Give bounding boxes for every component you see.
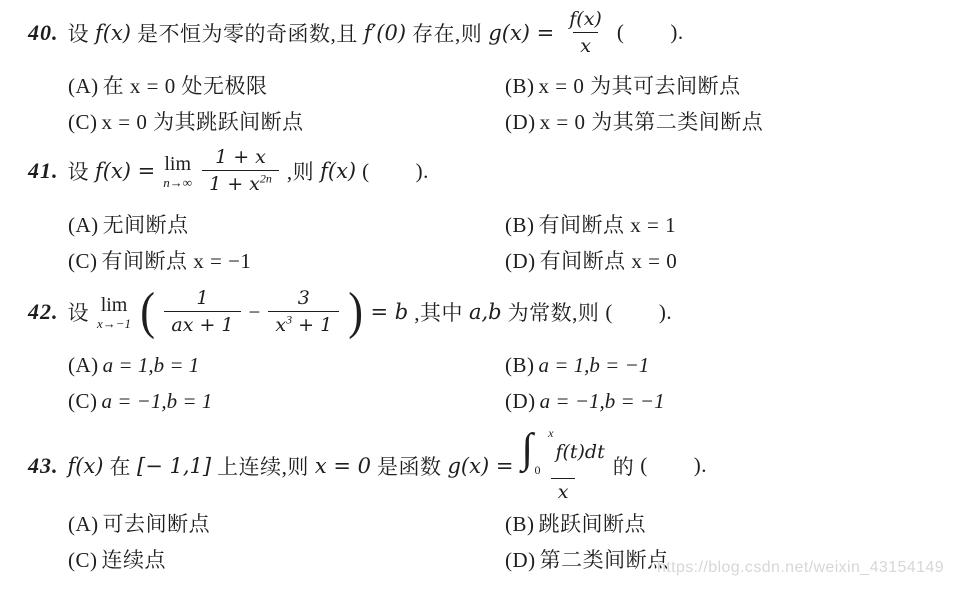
- math-expr: a,b: [469, 300, 502, 324]
- math-expr: g(x) =: [447, 454, 513, 478]
- option-text: 有间断点 x = −1: [102, 249, 252, 273]
- left-paren: (: [140, 283, 155, 341]
- integral-upper-bound: x: [548, 426, 553, 440]
- fraction-numerator: 1: [189, 287, 215, 311]
- fraction: 1 + x 1 + x2n: [202, 146, 279, 197]
- option-label: (D): [505, 110, 536, 134]
- stem-text: 设: [68, 297, 90, 327]
- integrand: f(t)dt: [555, 441, 604, 464]
- option-41-B: (B)有间断点 x = 1: [505, 212, 677, 238]
- stem-text: 存在,则: [412, 18, 482, 48]
- stem-text: 上连续,则: [217, 451, 309, 481]
- question-number: 43.: [28, 453, 59, 479]
- math-expr: = b: [371, 300, 409, 324]
- option-label: (B): [505, 353, 535, 377]
- question-41-stem: 41. 设 f(x) = lim n→∞ 1 + x 1 + x2n ,则 f(…: [28, 146, 429, 197]
- stem-text: 为常数,则: [508, 297, 600, 327]
- option-text: 可去间断点: [103, 512, 211, 536]
- question-number: 41.: [28, 158, 59, 184]
- option-40-D: (D)x = 0 为其第二类间断点: [505, 109, 763, 135]
- option-42-B: (B)a = 1,b = −1: [505, 352, 665, 378]
- option-41-A: (A)无间断点: [68, 212, 505, 238]
- integral-sign: ∫ x 0: [521, 428, 553, 476]
- lim-symbol: lim: [101, 295, 128, 315]
- lim-subscript: n→∞: [163, 176, 192, 189]
- question-43-options: (A)可去间断点 (B)跳跃间断点 (C)连续点 (D)第二类间断点: [68, 511, 669, 573]
- stem-text: 是不恒为零的奇函数,且: [137, 18, 358, 48]
- option-label: (C): [68, 110, 98, 134]
- option-text: 跳跃间断点: [539, 512, 647, 536]
- option-40-B: (B)x = 0 为其可去间断点: [505, 73, 763, 99]
- option-text: 连续点: [102, 548, 167, 572]
- question-40-options: (A)在 x = 0 处无极限 (B)x = 0 为其可去间断点 (C)x = …: [68, 73, 763, 135]
- lim-symbol: lim: [164, 154, 191, 174]
- option-label: (A): [68, 74, 99, 98]
- question-41-options: (A)无间断点 (B)有间断点 x = 1 (C)有间断点 x = −1 (D)…: [68, 212, 677, 274]
- option-text: x = 0 为其跳跃间断点: [102, 110, 304, 134]
- fraction-numerator: 3: [291, 287, 317, 311]
- option-label: (A): [68, 213, 99, 237]
- math-expr: x = 0: [315, 454, 371, 478]
- limit-operator: lim x→−1: [97, 295, 131, 330]
- option-label: (C): [68, 548, 98, 572]
- option-text: a = 1,b = 1: [103, 353, 200, 377]
- option-text: a = −1,b = −1: [540, 389, 665, 413]
- exam-page: 40. 设 f(x) 是不恒为零的奇函数,且 f′(0) 存在,则 g(x) =…: [0, 0, 954, 593]
- stem-text: 的: [613, 451, 635, 481]
- option-40-C: (C)x = 0 为其跳跃间断点: [68, 109, 505, 135]
- stem-text: 在: [110, 451, 132, 481]
- fraction-denominator: x: [573, 32, 598, 58]
- option-label: (B): [505, 74, 535, 98]
- math-expr: f′(0): [364, 21, 406, 45]
- fraction: f(x) x: [562, 8, 609, 58]
- option-41-D: (D)有间断点 x = 0: [505, 248, 677, 274]
- option-text: 有间断点 x = 1: [539, 213, 677, 237]
- fraction-numerator: ∫ x 0 f(t)dt: [521, 428, 604, 478]
- option-42-C: (C)a = −1,b = 1: [68, 388, 505, 414]
- option-label: (C): [68, 389, 98, 413]
- question-42-options: (A)a = 1,b = 1 (B)a = 1,b = −1 (C)a = −1…: [68, 352, 665, 414]
- exponent: 2n: [260, 171, 272, 185]
- minus-sign: −: [249, 300, 261, 325]
- option-text: a = −1,b = 1: [102, 389, 213, 413]
- fraction-denominator: 1 + x2n: [202, 170, 279, 197]
- option-43-A: (A)可去间断点: [68, 511, 505, 537]
- fraction-denominator: x: [551, 478, 576, 504]
- fraction: 3 x3 + 1: [268, 287, 339, 338]
- option-label: (D): [505, 389, 536, 413]
- question-42-stem: 42. 设 lim x→−1 ( 1 ax + 1 − 3 x3 + 1 ) =…: [28, 283, 672, 341]
- stem-text: 设: [68, 18, 90, 48]
- option-label: (D): [505, 249, 536, 273]
- fraction: ∫ x 0 f(t)dt x: [521, 428, 604, 504]
- option-text: 第二类间断点: [540, 548, 669, 572]
- answer-blank: ( ).: [605, 300, 672, 325]
- integral-lower-bound: 0: [534, 463, 540, 477]
- stem-text: 是函数: [377, 451, 442, 481]
- fraction-numerator: f(x): [562, 8, 609, 32]
- option-42-A: (A)a = 1,b = 1: [68, 352, 505, 378]
- option-label: (A): [68, 353, 99, 377]
- option-43-C: (C)连续点: [68, 547, 505, 573]
- fraction-numerator: 1 + x: [208, 146, 273, 170]
- math-expr: f(x): [68, 454, 104, 478]
- option-41-C: (C)有间断点 x = −1: [68, 248, 505, 274]
- question-number: 42.: [28, 299, 59, 325]
- option-text: 有间断点 x = 0: [540, 249, 678, 273]
- option-43-D: (D)第二类间断点: [505, 547, 669, 573]
- limit-operator: lim n→∞: [163, 154, 192, 189]
- option-text: 无间断点: [103, 213, 189, 237]
- option-43-B: (B)跳跃间断点: [505, 511, 669, 537]
- fraction-denominator: ax + 1: [164, 311, 240, 337]
- option-text: x = 0 为其可去间断点: [539, 74, 741, 98]
- math-expr: g(x) =: [488, 21, 554, 45]
- question-number: 40.: [28, 20, 59, 46]
- answer-blank: ( ).: [362, 159, 429, 184]
- fraction: 1 ax + 1: [164, 287, 240, 337]
- math-expr: f(x): [320, 159, 356, 183]
- question-40-stem: 40. 设 f(x) 是不恒为零的奇函数,且 f′(0) 存在,则 g(x) =…: [28, 8, 684, 58]
- answer-blank: ( ).: [640, 453, 707, 478]
- option-label: (B): [505, 213, 535, 237]
- math-expr: f(x): [95, 21, 131, 45]
- option-40-A: (A)在 x = 0 处无极限: [68, 73, 505, 99]
- stem-text: 设: [68, 156, 90, 186]
- math-expr: [− 1,1]: [137, 454, 211, 478]
- question-43-stem: 43. f(x) 在 [− 1,1] 上连续,则 x = 0 是函数 g(x) …: [28, 428, 707, 504]
- lim-subscript: x→−1: [97, 317, 131, 330]
- option-label: (A): [68, 512, 99, 536]
- fraction-denominator: x3 + 1: [268, 311, 339, 338]
- csdn-watermark: https://blog.csdn.net/weixin_43154149: [657, 559, 944, 577]
- option-text: x = 0 为其第二类间断点: [540, 110, 764, 134]
- option-text: a = 1,b = −1: [539, 353, 650, 377]
- right-paren: ): [348, 283, 363, 341]
- answer-blank: ( ).: [617, 20, 684, 45]
- option-label: (C): [68, 249, 98, 273]
- stem-text: ,则: [287, 156, 314, 186]
- stem-text: ,其中: [414, 297, 463, 327]
- option-text: 在 x = 0 处无极限: [103, 74, 268, 98]
- option-label: (B): [505, 512, 535, 536]
- math-expr: f(x) =: [95, 159, 155, 183]
- option-42-D: (D)a = −1,b = −1: [505, 388, 665, 414]
- option-label: (D): [505, 548, 536, 572]
